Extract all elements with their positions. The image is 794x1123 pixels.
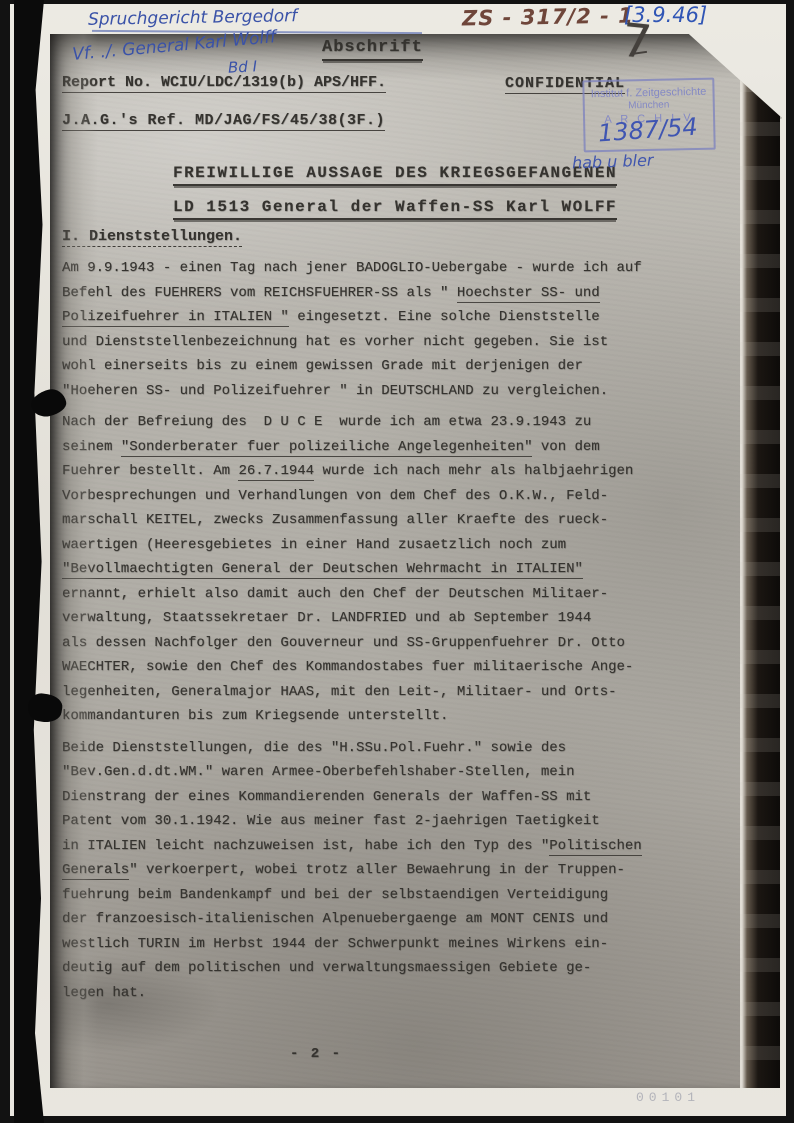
text: als dessen Nachfolger den Gouverneur und… bbox=[62, 635, 625, 651]
document-body: Am 9.9.1943 - einen Tag nach jener BADOG… bbox=[62, 256, 730, 1005]
text: Nach der Befreiung des D U C E wurde ich… bbox=[62, 414, 591, 430]
text-line: Beide Dienststellungen, die des "H.SSu.P… bbox=[62, 736, 730, 761]
text: verwaltung, Staatssekretaer Dr. LANDFRIE… bbox=[62, 610, 591, 626]
text-line: deutig auf dem politischen und verwaltun… bbox=[62, 956, 730, 981]
text: Befehl des FUEHRERS vom REICHSFUEHRER-SS… bbox=[62, 285, 457, 301]
jag-reference: J.A.G.'s Ref. MD/JAG/FS/45/38(3F.) bbox=[62, 112, 385, 129]
text: wohl einerseits bis zu einem gewissen Gr… bbox=[62, 358, 583, 374]
text-line: Vorbesprechungen und Verhandlungen von d… bbox=[62, 484, 730, 509]
text-line: Generals" verkoerpert, wobei trotz aller… bbox=[62, 858, 730, 883]
text: deutig auf dem politischen und verwaltun… bbox=[62, 960, 591, 976]
text-line: als dessen Nachfolger den Gouverneur und… bbox=[62, 631, 730, 656]
jag-reference-text: J.A.G.'s Ref. MD/JAG/FS/45/38(3F.) bbox=[62, 112, 385, 131]
pencil-page-mark: 7 bbox=[619, 13, 654, 70]
text-line: in ITALIEN leicht nachzuweisen ist, habe… bbox=[62, 834, 730, 859]
text-line: Am 9.9.1943 - einen Tag nach jener BADOG… bbox=[62, 256, 730, 281]
report-number-text: Report No. WCIU/LDC/1319(b) APS/HFF. bbox=[62, 74, 386, 93]
paragraph: Nach der Befreiung des D U C E wurde ich… bbox=[62, 410, 730, 729]
underlined-text: "Bevollmaechtigten General der Deutschen… bbox=[62, 561, 583, 579]
text-line: waertigen (Heeresgebietes in einer Hand … bbox=[62, 533, 730, 558]
text-line: fuehrung beim Bandenkampf und bei der se… bbox=[62, 883, 730, 908]
document-photo: Abschrift Report No. WCIU/LDC/1319(b) AP… bbox=[50, 34, 780, 1088]
title-line-2-text: LD 1513 General der Waffen-SS Karl WOLFF bbox=[173, 198, 617, 220]
text-line: Nach der Befreiung des D U C E wurde ich… bbox=[62, 410, 730, 435]
page-number: - 2 - bbox=[290, 1046, 342, 1062]
right-torn-edge bbox=[740, 34, 780, 1088]
text: marschall KEITEL, zwecks Zusammenfassung… bbox=[62, 512, 608, 528]
underlined-text: "Sonderberater fuer polizeiliche Angeleg… bbox=[121, 439, 533, 457]
text-line: Befehl des FUEHRERS vom REICHSFUEHRER-SS… bbox=[62, 281, 730, 306]
text: Am 9.9.1943 - einen Tag nach jener BADOG… bbox=[62, 260, 642, 276]
text-line: "Bevollmaechtigten General der Deutschen… bbox=[62, 557, 730, 582]
underlined-text: Politischen bbox=[549, 838, 641, 856]
text: wurde ich nach mehr als halbjaehrigen bbox=[314, 463, 633, 479]
text: Beide Dienststellungen, die des "H.SSu.P… bbox=[62, 740, 566, 756]
text: fuehrung beim Bandenkampf und bei der se… bbox=[62, 887, 608, 903]
text-line: marschall KEITEL, zwecks Zusammenfassung… bbox=[62, 508, 730, 533]
text: von dem bbox=[532, 439, 599, 455]
text: in ITALIEN leicht nachzuweisen ist, habe… bbox=[62, 838, 549, 854]
report-number: Report No. WCIU/LDC/1319(b) APS/HFF. bbox=[62, 74, 386, 91]
text-line: und Dienststellenbezeichnung hat es vorh… bbox=[62, 330, 730, 355]
left-edge-fade bbox=[50, 34, 98, 1088]
text-line: "Hoeheren SS- und Polizeifuehrer " in DE… bbox=[62, 379, 730, 404]
text: ernannt, erhielt also damit auch den Che… bbox=[62, 586, 608, 602]
corner-number: 00101 bbox=[636, 1090, 700, 1105]
handwritten-file-reference: ZS - 317/2 - 1 bbox=[462, 4, 634, 31]
text: Patent vom 30.1.1942. Wie aus meiner fas… bbox=[62, 813, 600, 829]
text: "Bev.Gen.d.dt.WM." waren Armee-Oberbefeh… bbox=[62, 764, 574, 780]
handwritten-court-annotation: Spruchgericht Bergedorf bbox=[88, 6, 297, 30]
copy-label-text: Abschrift bbox=[322, 38, 423, 61]
title-line-1-text: FREIWILLIGE AUSSAGE DES KRIEGSGEFANGENEN bbox=[173, 164, 617, 186]
text-line: Polizeifuehrer in ITALIEN " eingesetzt. … bbox=[62, 305, 730, 330]
text-line: Patent vom 30.1.1942. Wie aus meiner fas… bbox=[62, 809, 730, 834]
text-line: "Bev.Gen.d.dt.WM." waren Armee-Oberbefeh… bbox=[62, 760, 730, 785]
underlined-text: Hoechster SS- und bbox=[457, 285, 600, 303]
text: westlich TURIN im Herbst 1944 der Schwer… bbox=[62, 936, 608, 952]
text-line: legenheiten, Generalmajor HAAS, mit den … bbox=[62, 680, 730, 705]
scanned-document-page: Spruchgericht Bergedorf ZS - 317/2 - 1 [… bbox=[0, 0, 794, 1123]
text: waertigen (Heeresgebietes in einer Hand … bbox=[62, 537, 566, 553]
text: eingesetzt. Eine solche Dienststelle bbox=[289, 309, 600, 325]
handwritten-archive-note: hab u bler bbox=[572, 151, 654, 173]
text-line: der franzoesisch-italienischen Alpenuebe… bbox=[62, 907, 730, 932]
text-line: legen hat. bbox=[62, 981, 730, 1006]
paragraph: Am 9.9.1943 - einen Tag nach jener BADOG… bbox=[62, 256, 730, 403]
text: und Dienststellenbezeichnung hat es vorh… bbox=[62, 334, 608, 350]
title-line-2: LD 1513 General der Waffen-SS Karl WOLFF bbox=[70, 190, 720, 224]
text-line: kommandanturen bis zum Kriegsende unters… bbox=[62, 704, 730, 729]
text: der franzoesisch-italienischen Alpenuebe… bbox=[62, 911, 608, 927]
text-line: seinem "Sonderberater fuer polizeiliche … bbox=[62, 435, 730, 460]
text: WAECHTER, sowie den Chef des Kommandosta… bbox=[62, 659, 633, 675]
text-line: WAECHTER, sowie den Chef des Kommandosta… bbox=[62, 655, 730, 680]
underlined-text: 26.7.1944 bbox=[238, 463, 314, 481]
text-line: ernannt, erhielt also damit auch den Che… bbox=[62, 582, 730, 607]
text: kommandanturen bis zum Kriegsende unters… bbox=[62, 708, 448, 724]
text: " verkoerpert, wobei trotz aller Bewaehr… bbox=[129, 862, 625, 878]
text-line: verwaltung, Staatssekretaer Dr. LANDFRIE… bbox=[62, 606, 730, 631]
text-line: Dienstrang der eines Kommandierenden Gen… bbox=[62, 785, 730, 810]
text: Dienstrang der eines Kommandierenden Gen… bbox=[62, 789, 591, 805]
text-line: westlich TURIN im Herbst 1944 der Schwer… bbox=[62, 932, 730, 957]
copy-label: Abschrift bbox=[322, 38, 423, 57]
text: Vorbesprechungen und Verhandlungen von d… bbox=[62, 488, 608, 504]
handwritten-volume-mark: Bd I bbox=[228, 57, 258, 76]
stamp-line-2: München bbox=[585, 99, 713, 113]
text-line: wohl einerseits bis zu einem gewissen Gr… bbox=[62, 354, 730, 379]
text: "Hoeheren SS- und Polizeifuehrer " in DE… bbox=[62, 383, 608, 399]
text-line: Fuehrer bestellt. Am 26.7.1944 wurde ich… bbox=[62, 459, 730, 484]
text: legenheiten, Generalmajor HAAS, mit den … bbox=[62, 684, 617, 700]
paragraph: Beide Dienststellungen, die des "H.SSu.P… bbox=[62, 736, 730, 1006]
